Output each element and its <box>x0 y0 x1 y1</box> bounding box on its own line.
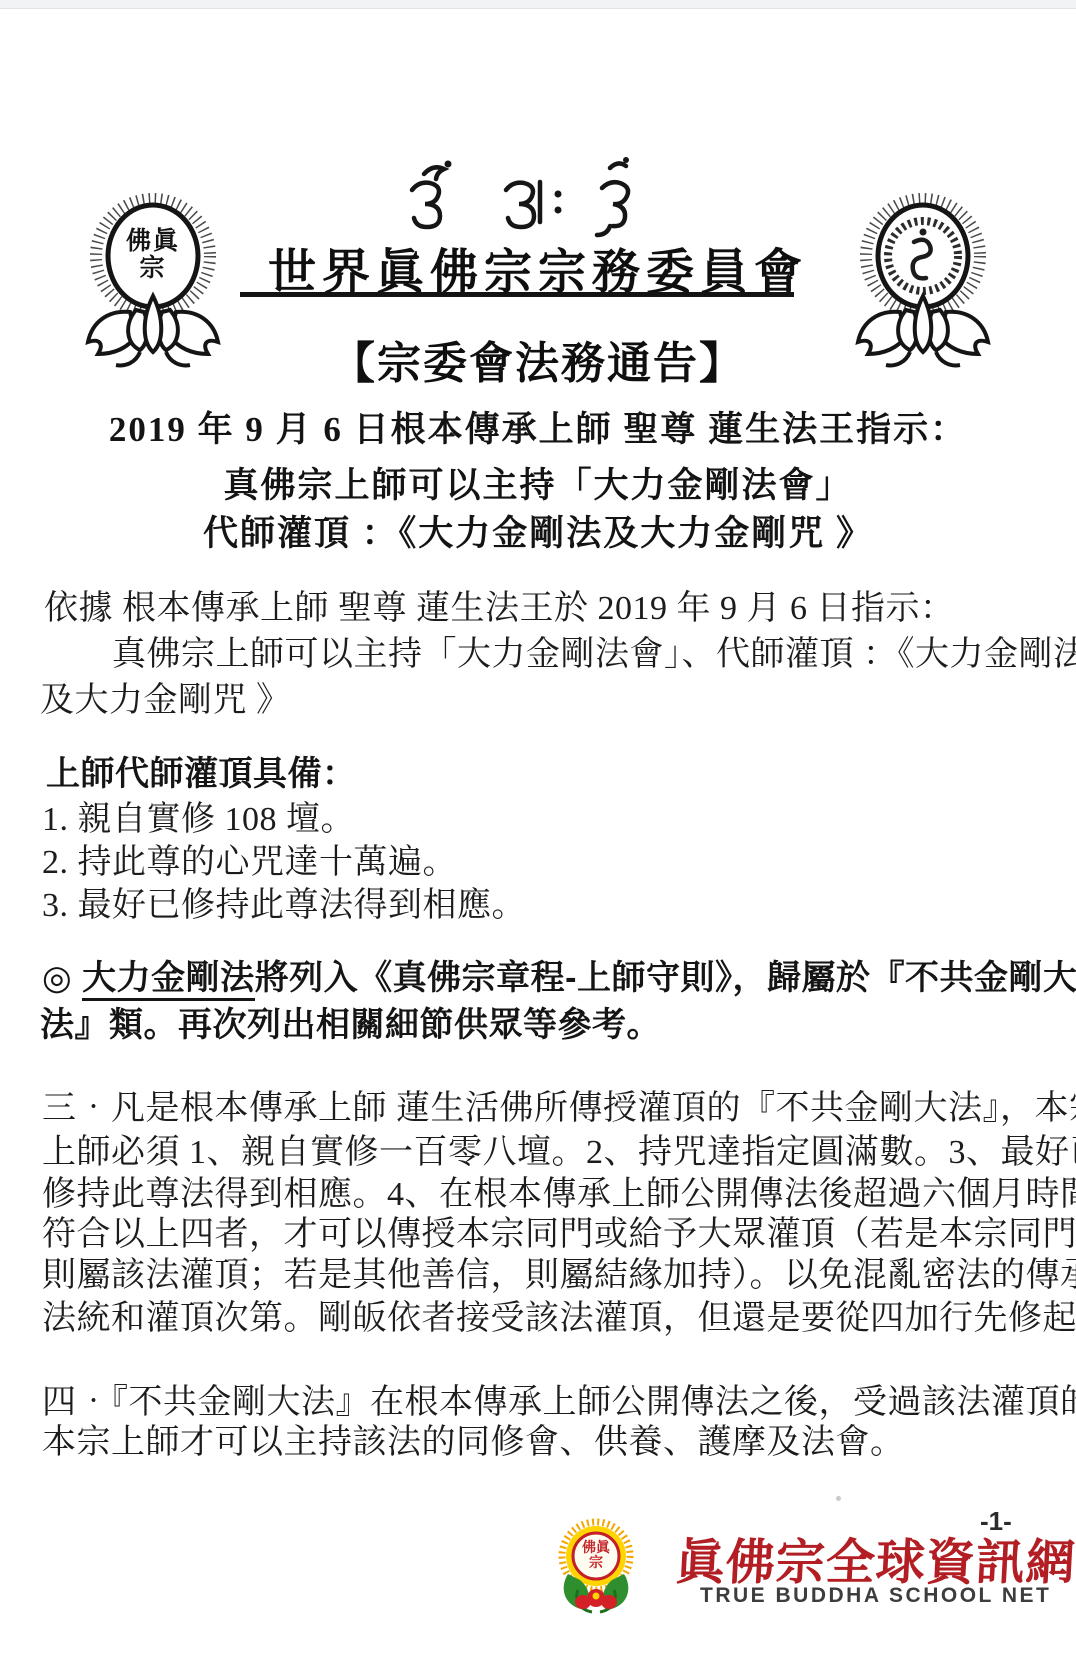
footer-logo-emblem <box>556 1516 674 1623</box>
section-four-line2: 本宗上師才可以主持該法的同修會、供養、護摩及法會。 <box>42 1414 905 1463</box>
footer-emblem-characters: 佛眞宗 <box>577 1541 615 1571</box>
requirement-item-3: 3. 最好已修持此尊法得到相應。 <box>42 877 526 926</box>
basis-line2: 真佛宗上師可以主持「大力金剛法會」、代師灌頂 ：《大力金剛法 <box>112 626 1076 675</box>
tibetan-mantra-icon <box>398 152 678 238</box>
notice-title-line1: 2019 年 9 月 6 日根本傳承上師 聖尊 蓮生法王指示： <box>0 402 1076 452</box>
highlight-bullet: ◎ <box>42 959 82 997</box>
notice-title-line3: 代師灌頂 ：《大力金剛法及大力金剛咒 》 <box>0 506 1076 556</box>
section-three-line5: 則屬該法灌頂；若是其他善信，則屬結緣加持）。以免混亂密法的傳承 <box>42 1247 1076 1296</box>
requirement-item-1: 1. 親自實修 108 壇。 <box>42 791 355 840</box>
requirements-heading: 上師代師灌頂具備： <box>46 746 357 795</box>
footer-site-subtitle: TRUE BUDDHA SCHOOL NET <box>700 1584 1051 1608</box>
highlight-line1-rest: 將列入《真佛宗章程-上師守則》，歸屬於『不共金剛大 <box>255 959 1076 997</box>
highlight-line1: ◎ 大力金剛法將列入《真佛宗章程-上師守則》，歸屬於『不共金剛大 <box>42 950 1076 999</box>
section-three-line6: 法統和灌頂次第。剛皈依者接受該法灌頂，但還是要從四加行先修起。 <box>42 1290 1076 1339</box>
document-page: 佛眞宗 <box>0 0 1076 1668</box>
highlight-underlined-term: 大力金剛法 <box>82 959 255 1001</box>
basis-line1: 依據 根本傳承上師 聖尊 蓮生法王於 2019 年 9 月 6 日指示： <box>44 580 955 629</box>
notice-banner: 【宗委會法務通告】 <box>0 327 1076 391</box>
browser-top-strip <box>0 0 1076 9</box>
section-three-line1: 三‧凡是根本傳承上師 蓮生活佛所傳授灌頂的『不共金剛大法』，本宗 <box>42 1080 1076 1129</box>
true-buddha-school-emblem-icon <box>556 1516 674 1618</box>
highlight-line2: 法』類。再次列出相關細節供眾等參考。 <box>40 997 661 1046</box>
scan-artifact-dot <box>836 1496 841 1501</box>
notice-title-line2: 真佛宗上師可以主持「大力金剛法會」 <box>0 458 1076 508</box>
org-title-underline <box>240 292 794 297</box>
basis-line3: 及大力金剛咒 》 <box>40 672 291 721</box>
tibetan-mantra <box>398 152 678 243</box>
requirement-item-2: 2. 持此尊的心咒達十萬遍。 <box>42 834 457 883</box>
